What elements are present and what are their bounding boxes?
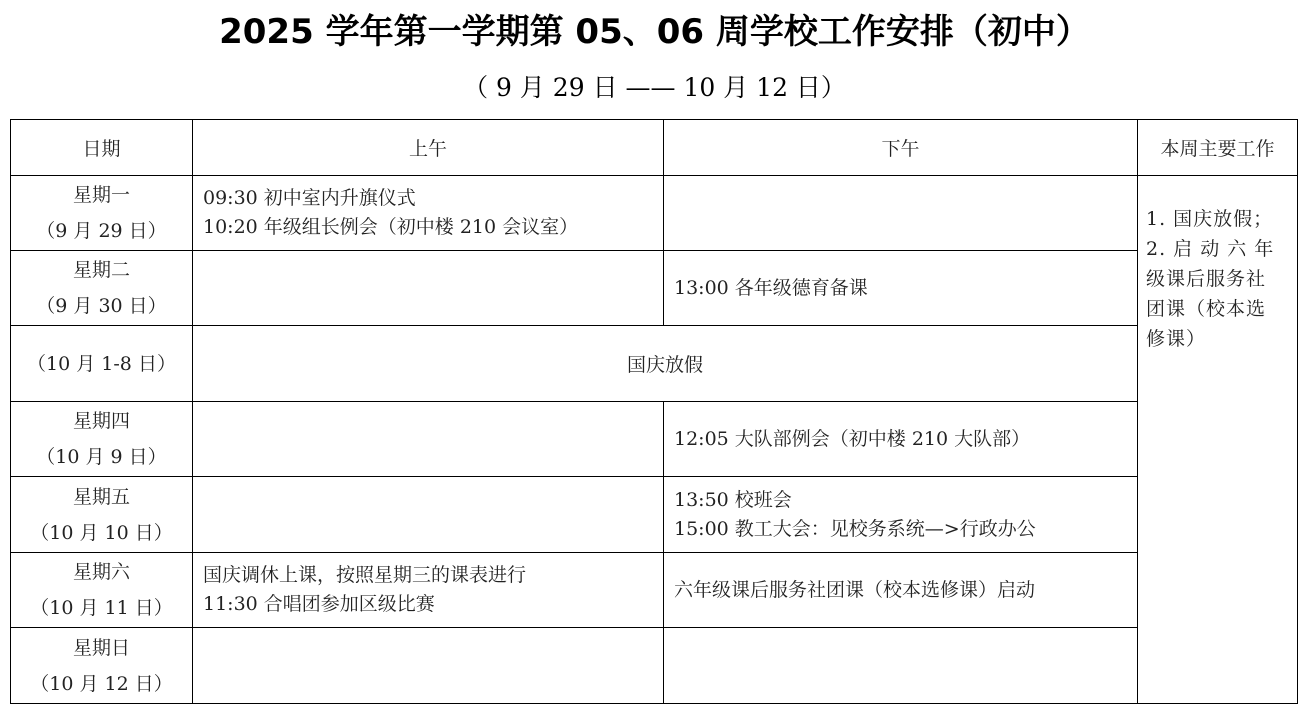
table-row-thursday: 星期四 （10 月 9 日） 12:05 大队部例会（初中楼 210 大队部） xyxy=(11,402,1298,477)
afternoon-cell xyxy=(664,628,1138,704)
date-label: （10 月 12 日） xyxy=(11,666,192,702)
date-cell: 星期四 （10 月 9 日） xyxy=(11,402,193,477)
afternoon-cell xyxy=(664,176,1138,251)
date-cell: 星期日 （10 月 12 日） xyxy=(11,628,193,704)
morning-cell: 09:30 初中室内升旗仪式 10:20 年级组长例会（初中楼 210 会议室） xyxy=(193,176,664,251)
main-work-line: 1. 国庆放假； xyxy=(1146,204,1289,234)
main-work-line: 级课后服务社 xyxy=(1146,264,1289,294)
table-row-monday: 星期一 （9 月 29 日） 09:30 初中室内升旗仪式 10:20 年级组长… xyxy=(11,176,1298,251)
morning-cell: 国庆调休上课，按照星期三的课表进行 11:30 合唱团参加区级比赛 xyxy=(193,553,664,628)
document-title: 2025 学年第一学期第 05、06 周学校工作安排（初中） xyxy=(0,8,1309,56)
event-item: 10:20 年级组长例会（初中楼 210 会议室） xyxy=(203,213,663,242)
date-label: （9 月 30 日） xyxy=(11,288,192,324)
header-date: 日期 xyxy=(11,120,193,176)
date-cell: （10 月 1-8 日） xyxy=(11,326,193,402)
main-work-line: 修课） xyxy=(1146,324,1289,354)
afternoon-cell: 12:05 大队部例会（初中楼 210 大队部） xyxy=(664,402,1138,477)
date-label: （10 月 1-8 日） xyxy=(11,346,192,382)
date-label: （10 月 10 日） xyxy=(11,515,192,551)
event-item: 12:05 大队部例会（初中楼 210 大队部） xyxy=(674,425,1137,454)
table-header-row: 日期 上午 下午 本周主要工作 xyxy=(11,120,1298,176)
event-item: 11:30 合唱团参加区级比赛 xyxy=(203,590,663,619)
date-label: （10 月 9 日） xyxy=(11,439,192,475)
weekday-label: 星期四 xyxy=(11,403,192,439)
weekday-label: 星期日 xyxy=(11,630,192,666)
schedule-table: 日期 上午 下午 本周主要工作 星期一 （9 月 29 日） 09:30 初中室… xyxy=(10,119,1298,704)
event-item: 09:30 初中室内升旗仪式 xyxy=(203,184,663,213)
header-morning: 上午 xyxy=(193,120,664,176)
date-cell: 星期一 （9 月 29 日） xyxy=(11,176,193,251)
weekday-label: 星期六 xyxy=(11,554,192,590)
weekday-label: 星期一 xyxy=(11,177,192,213)
afternoon-cell: 13:50 校班会 15:00 教工大会：见校务系统—>行政办公 xyxy=(664,477,1138,553)
header-afternoon: 下午 xyxy=(664,120,1138,176)
table-row-tuesday: 星期二 （9 月 30 日） 13:00 各年级德育备课 xyxy=(11,251,1298,326)
morning-cell xyxy=(193,477,664,553)
date-range-subtitle: （ 9 月 29 日 —— 10 月 12 日） xyxy=(0,70,1309,106)
event-item: 13:50 校班会 xyxy=(674,486,1137,515)
date-label: （9 月 29 日） xyxy=(11,213,192,249)
event-item: 13:00 各年级德育备课 xyxy=(674,274,1137,303)
event-item: 六年级课后服务社团课（校本选修课）启动 xyxy=(674,576,1137,605)
event-item: 15:00 教工大会：见校务系统—>行政办公 xyxy=(674,515,1137,544)
date-cell: 星期五 （10 月 10 日） xyxy=(11,477,193,553)
table-row-friday: 星期五 （10 月 10 日） 13:50 校班会 15:00 教工大会：见校务… xyxy=(11,477,1298,553)
morning-cell xyxy=(193,251,664,326)
table-row-saturday: 星期六 （10 月 11 日） 国庆调休上课，按照星期三的课表进行 11:30 … xyxy=(11,553,1298,628)
date-cell: 星期二 （9 月 30 日） xyxy=(11,251,193,326)
table-row-sunday: 星期日 （10 月 12 日） xyxy=(11,628,1298,704)
holiday-cell: 国庆放假 xyxy=(193,326,1138,402)
header-main-work: 本周主要工作 xyxy=(1138,120,1298,176)
main-work-cell: 1. 国庆放假； 2. 启 动 六 年 级课后服务社 团课（校本选 修课） xyxy=(1138,176,1298,704)
date-label: （10 月 11 日） xyxy=(11,590,192,626)
weekday-label: 星期五 xyxy=(11,479,192,515)
weekday-label: 星期二 xyxy=(11,252,192,288)
date-cell: 星期六 （10 月 11 日） xyxy=(11,553,193,628)
afternoon-cell: 六年级课后服务社团课（校本选修课）启动 xyxy=(664,553,1138,628)
afternoon-cell: 13:00 各年级德育备课 xyxy=(664,251,1138,326)
main-work-line: 团课（校本选 xyxy=(1146,294,1289,324)
morning-cell xyxy=(193,402,664,477)
event-item: 国庆调休上课，按照星期三的课表进行 xyxy=(203,561,663,590)
morning-cell xyxy=(193,628,664,704)
table-row-holiday: （10 月 1-8 日） 国庆放假 xyxy=(11,326,1298,402)
main-work-line: 2. 启 动 六 年 xyxy=(1146,234,1289,264)
